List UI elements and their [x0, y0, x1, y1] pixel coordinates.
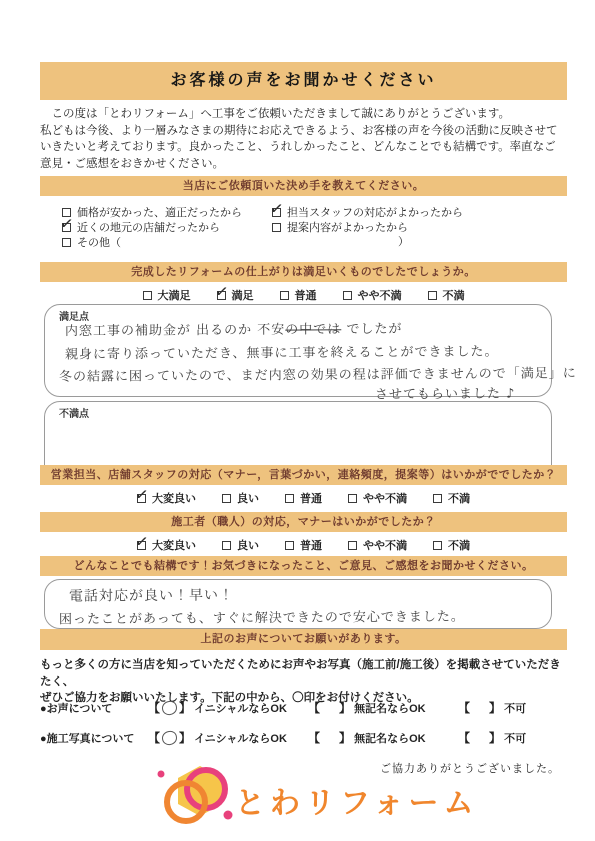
- photo-permission-row: ●施工写真について 【】 イニシャルならOK 【】 無記名ならOK 【】 不可: [40, 729, 567, 746]
- dissatisfaction-box-label: 不満点: [59, 405, 89, 420]
- comments-box[interactable]: 電話対応が良い！早い！ 困ったことがあっても、すぐに解決できたので安心できました…: [44, 579, 552, 629]
- checkbox-yoi[interactable]: 良い: [222, 537, 259, 553]
- staff-rating-row: 大変良い 良い 普通 やや不満 不満: [40, 490, 567, 506]
- bracket-open: 【: [458, 699, 470, 716]
- perm-row-label: ●施工写真について: [40, 730, 148, 746]
- perm-option-no[interactable]: 【】 不可: [458, 729, 526, 746]
- checkbox-label: 担当スタッフの対応がよかったから: [287, 204, 463, 220]
- other-close-paren: ）: [398, 233, 409, 249]
- handwritten-line: 内窓工事の補助金が 出るのか 不安の中では でしたが: [65, 318, 403, 339]
- bracket-close: 】: [339, 699, 351, 716]
- handwritten-circle: [472, 701, 487, 715]
- voice-permission-row: ●お声について 【】 イニシャルならOK 【】 無記名ならOK 【】 不可: [40, 699, 567, 716]
- checkbox-fuman[interactable]: 不満: [433, 537, 470, 553]
- perm-option-initial[interactable]: 【】 イニシャルならOK: [148, 699, 308, 716]
- checkbox-box: [433, 494, 442, 503]
- checkbox-label: 不満: [448, 490, 470, 506]
- checkbox-yaya-fuman[interactable]: やや不満: [348, 537, 407, 553]
- checkbox-label: 不満: [448, 537, 470, 553]
- perm-option-no[interactable]: 【】 不可: [458, 699, 526, 716]
- handwritten-line: 親身に寄り添っていただき、無事に工事を終えることができました。: [65, 340, 499, 362]
- handwritten-line: 困ったことがあっても、すぐに解決できたので安心できました。: [59, 606, 465, 628]
- checkbox-label: 良い: [237, 537, 259, 553]
- checkbox-label: 不満: [443, 287, 465, 303]
- checkbox-box: [137, 541, 146, 550]
- handwritten-line: 電話対応が良い！早い！: [69, 584, 234, 605]
- satisfaction-points-box[interactable]: 満足点 内窓工事の補助金が 出るのか 不安の中では でしたが 親身に寄り添ってい…: [44, 304, 552, 397]
- checkbox-yaya-fuman[interactable]: やや不満: [343, 287, 402, 303]
- checkbox-fuman[interactable]: 不満: [433, 490, 470, 506]
- checkbox-futsuu[interactable]: 普通: [280, 287, 317, 303]
- finish-rating-row: 大満足 満足 普通 やや不満 不満: [40, 287, 567, 303]
- section-heading-finish: 完成したリフォームの仕上がりは満足いくものでしたでしょうか。: [40, 262, 567, 282]
- checkbox-label: 大満足: [158, 287, 191, 303]
- page-title: お客様の声をお聞かせください: [40, 62, 567, 100]
- perm-option-label: 無記名ならOK: [354, 730, 426, 746]
- section-heading-comments: どんなことでも結構です！お気づきになったこと、ご意見、ご感想をお聞かせください。: [40, 556, 567, 576]
- checkbox-label: 普通: [300, 537, 322, 553]
- checkbox-label: やや不満: [363, 490, 407, 506]
- perm-option-label: 無記名ならOK: [354, 700, 426, 716]
- bracket-close: 】: [179, 729, 191, 746]
- checkbox-box: [348, 541, 357, 550]
- bracket-open: 【: [308, 729, 320, 746]
- section-heading-worker: 施工者（職人）の対応，マナーはいかがでしたか？: [40, 512, 567, 532]
- checkbox-label: やや不満: [358, 287, 402, 303]
- intro-text: この度は「とわリフォーム」へ工事をご依頼いただきまして誠にありがとうございます。…: [40, 106, 564, 173]
- checkbox-other[interactable]: その他（: [62, 234, 121, 250]
- checkbox-box: [222, 541, 231, 550]
- checkbox-box: [217, 291, 226, 300]
- perm-row-label: ●お声について: [40, 700, 148, 716]
- worker-rating-row: 大変良い 良い 普通 やや不満 不満: [40, 537, 567, 553]
- perm-option-initial[interactable]: 【】 イニシャルならOK: [148, 729, 308, 746]
- checkbox-box: [62, 223, 71, 232]
- checkbox-box: [222, 494, 231, 503]
- checkbox-price[interactable]: 価格が安かった、適正だったから: [62, 204, 242, 220]
- checkbox-label: 満足: [232, 287, 254, 303]
- handwritten-line: させてもらいました ♪: [375, 383, 516, 403]
- checkbox-box: [343, 291, 352, 300]
- perm-option-anonymous[interactable]: 【】 無記名ならOK: [308, 729, 458, 746]
- bracket-open: 【: [308, 699, 320, 716]
- feedback-form-page: お客様の声をお聞かせください この度は「とわリフォーム」へ工事をご依頼いただきま…: [0, 0, 595, 841]
- section-heading-decision: 当店にご依頼頂いた決め手を教えてください。: [40, 176, 567, 196]
- bracket-close: 】: [179, 699, 191, 716]
- checkbox-yoi[interactable]: 良い: [222, 490, 259, 506]
- perm-option-label: 不可: [504, 700, 526, 716]
- bracket-close: 】: [339, 729, 351, 746]
- checkbox-staff-response[interactable]: 担当スタッフの対応がよかったから: [272, 204, 463, 220]
- handwritten-circle: [322, 731, 337, 745]
- checkbox-label: 大変良い: [152, 537, 196, 553]
- checkbox-box: [272, 223, 281, 232]
- towa-reform-logo-icon: [152, 760, 244, 838]
- checkbox-box: [143, 291, 152, 300]
- checkbox-box: [348, 494, 357, 503]
- handwritten-circle: [322, 701, 337, 715]
- checkbox-box: [272, 208, 281, 217]
- checkbox-box: [285, 541, 294, 550]
- checkbox-label: 大変良い: [152, 490, 196, 506]
- towa-reform-logo-text: とわリフォーム: [235, 778, 479, 822]
- handwritten-line: 冬の結露に困っていたので、まだ内窓の効果の程は評価できませんので「満足」に: [59, 362, 577, 385]
- checkbox-futsuu[interactable]: 普通: [285, 490, 322, 506]
- checkbox-taihen-yoi[interactable]: 大変良い: [137, 537, 196, 553]
- checkbox-box: [62, 238, 71, 247]
- thanks-text: ご協力ありがとうございました。: [380, 760, 560, 776]
- checkbox-box: [285, 494, 294, 503]
- bracket-close: 】: [489, 729, 501, 746]
- checkbox-box: [137, 494, 146, 503]
- checkbox-label: 近くの地元の店舗だったから: [77, 219, 220, 235]
- perm-option-label: イニシャルならOK: [194, 730, 287, 746]
- checkbox-manzoku[interactable]: 満足: [217, 287, 254, 303]
- handwritten-circle: [472, 731, 487, 745]
- checkbox-label: 価格が安かった、適正だったから: [77, 204, 242, 220]
- bracket-open: 【: [148, 699, 160, 716]
- bracket-open: 【: [148, 729, 160, 746]
- checkbox-label: 提案内容がよかったから: [287, 219, 408, 235]
- handwritten-circle: [161, 729, 178, 745]
- checkbox-label: やや不満: [363, 537, 407, 553]
- checkbox-yaya-fuman[interactable]: やや不満: [348, 490, 407, 506]
- section-heading-request: 上記のお声についてお願いがあります。: [40, 629, 567, 650]
- checkbox-futsuu[interactable]: 普通: [285, 537, 322, 553]
- checkbox-box: [280, 291, 289, 300]
- checkbox-taihen-yoi[interactable]: 大変良い: [137, 490, 196, 506]
- checkbox-proposal[interactable]: 提案内容がよかったから: [272, 219, 408, 235]
- handwritten-circle: [161, 699, 178, 715]
- checkbox-label: 普通: [300, 490, 322, 506]
- checkbox-label: その他（: [77, 234, 121, 250]
- section-heading-staff: 営業担当、店舗スタッフの対応（マナー，言葉づかい，連絡頻度，提案等）はいかがでで…: [40, 465, 567, 485]
- checkbox-label: 良い: [237, 490, 259, 506]
- perm-option-anonymous[interactable]: 【】 無記名ならOK: [308, 699, 458, 716]
- perm-option-label: 不可: [504, 730, 526, 746]
- bracket-open: 【: [458, 729, 470, 746]
- struck-text: の中では: [285, 322, 341, 337]
- checkbox-fuman[interactable]: 不満: [428, 287, 465, 303]
- perm-option-label: イニシャルならOK: [194, 700, 287, 716]
- checkbox-box: [433, 541, 442, 550]
- checkbox-box: [428, 291, 437, 300]
- checkbox-label: 普通: [295, 287, 317, 303]
- bracket-close: 】: [489, 699, 501, 716]
- checkbox-daimanzoku[interactable]: 大満足: [143, 287, 191, 303]
- checkbox-local-shop[interactable]: 近くの地元の店舗だったから: [62, 219, 220, 235]
